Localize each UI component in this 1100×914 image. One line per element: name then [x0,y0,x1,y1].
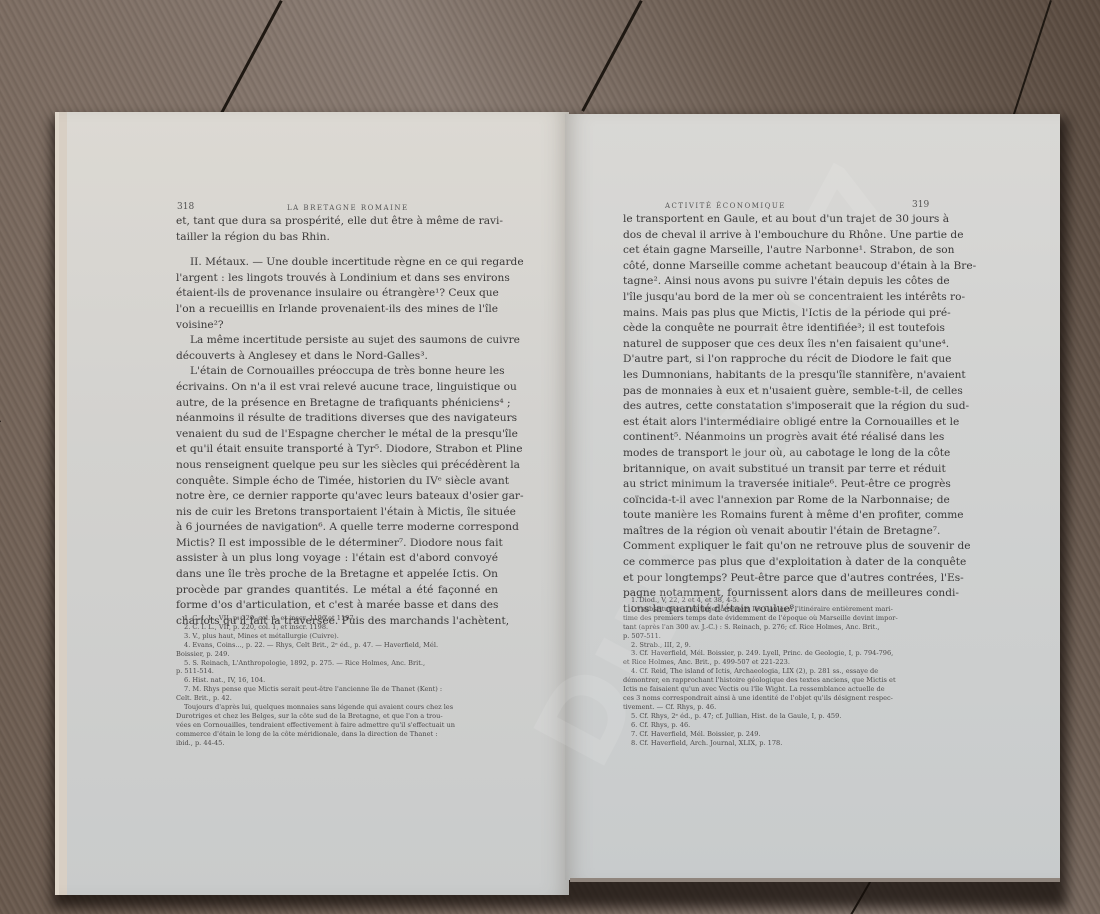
text-line: dans une île très proche de la Bretagne … [176,567,498,583]
footnote-line: vées en Cornouailles, tendraient effecti… [176,721,498,730]
text-line: forme d'os d'articulation, et c'est à ma… [176,598,498,614]
footnote-line: 4. Evans, Coins..., p. 22. — Rhys, Celt … [176,641,498,650]
text-line: procède par grandes quantités. Le métal … [176,583,498,599]
footnote-line: 2. C. I. L., VII, p. 220, col. 1, et ins… [176,623,498,632]
text-line: l'on a recueillis en Irlande provenaient… [176,302,498,318]
footnote-line: tivement. — Cf. Rhys, p. 46. [623,703,935,712]
text-line: notre ère, ce dernier rapporte qu'avec l… [176,489,498,505]
text-line: étaient-ils de provenance insulaire ou é… [176,286,498,302]
text-line: conquête. Simple écho de Timée, historie… [176,474,498,490]
footnotes: 1. C. I. L., VII, p. 220, col. 1, et ins… [176,614,498,748]
footnote-line: 5. S. Reinach, L'Anthropologie, 1892, p.… [176,659,498,668]
footnote-line: Durotriges et chez les Belges, sur la cô… [176,712,498,721]
text-line: La même incertitude persiste au sujet de… [176,333,498,349]
body-text: et, tant que dura sa prospérité, elle du… [176,214,498,629]
footnote-line: Celt. Brit., p. 42. [176,694,498,703]
footnote-line: 3. V., plus haut, Mines et métallurgie (… [176,632,498,641]
text-line: et, tant que dura sa prospérité, elle du… [176,214,498,230]
text-line: tailler la région du bas Rhin. [176,230,498,246]
left-page: 318 LA BRETAGNE ROMAINE et, tant que dur… [55,112,569,895]
running-head: ACTIVITÉ ÉCONOMIQUE [665,202,786,210]
footnote-line: 5. Cf. Rhys, 2ᵉ éd., p. 47; cf. Jullian,… [623,712,935,721]
text-line: assister à un plus long voyage : l'étain… [176,551,498,567]
text-line: autre, de la présence en Bretagne de tra… [176,396,498,412]
text-line: L'étain de Cornouailles préoccupa de trè… [176,364,498,380]
text-line: à 6 journées de navigation⁶. A quelle te… [176,520,498,536]
footnote-line: commerce d'étain le long de la côte méri… [176,730,498,739]
footnote-line: p. 511-514. [176,667,498,676]
footnote-line: Boissier, p. 249. [176,650,498,659]
text-line: et qu'il était ensuite transporté à Tyr⁵… [176,442,498,458]
text-line: venaient du sud de l'Espagne chercher le… [176,427,498,443]
footnote-line: 6. Cf. Rhys, p. 46. [623,721,935,730]
blank-line [176,245,498,255]
footnote-line: 8. Cf. Haverfield, Arch. Journal, XLIX, … [623,739,935,748]
text-line: l'argent : les lingots trouvés à Londini… [176,271,498,287]
text-line: écrivains. On n'a il est vrai relevé auc… [176,380,498,396]
footnote-line: ibid., p. 44-45. [176,739,498,748]
footnote-line: 7. M. Rhys pense que Mictis serait peut-… [176,685,498,694]
text-line: Mictis? Il est impossible de le détermin… [176,536,498,552]
page-number: 318 [177,202,194,212]
text-line: II. Métaux. — Une double incertitude règ… [176,255,498,271]
footnote-line: 7. Cf. Haverfield, Mél. Boissier, p. 249… [623,730,935,739]
running-head: LA BRETAGNE ROMAINE [287,204,409,212]
text-line: voisine²? [176,318,498,334]
footnote-line: Toujours d'après lui, quelques monnaies … [176,703,498,712]
text-line: néanmoins il résulte de traditions diver… [176,411,498,427]
page-stack-edge [570,878,1060,882]
text-line: nis de cuir les Bretons transportaient l… [176,505,498,521]
footnote-line: 6. Hist. nat., IV, 16, 104. [176,676,498,685]
text-line: découverts à Anglesey et dans le Nord-Ga… [176,349,498,365]
text-line: nous renseignent quelque peu sur les siè… [176,458,498,474]
footnote-line: 1. C. I. L., VII, p. 220, col. 1, et ins… [176,614,498,623]
